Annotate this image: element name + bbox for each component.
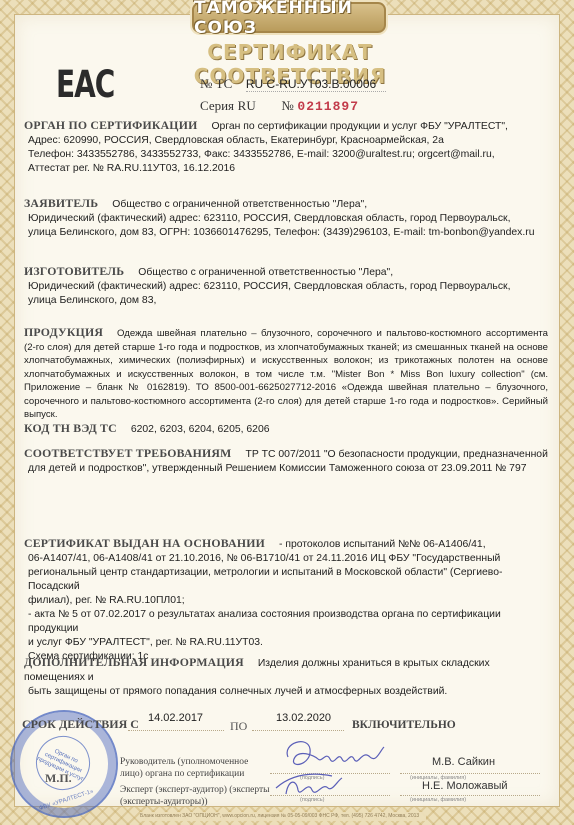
text-line: Общество с ограниченной ответственностью… (138, 267, 393, 278)
series-value: RU (238, 98, 256, 113)
text-line: Юридический (фактический) адрес: 623110,… (24, 212, 548, 226)
basis-section: СЕРТИФИКАТ ВЫДАН НА ОСНОВАНИИ- протоколо… (24, 536, 548, 664)
text-line: ТР ТС 007/2011 "О безопасности продукции… (245, 449, 547, 460)
section-heading: ИЗГОТОВИТЕЛЬ (24, 264, 124, 278)
dotted-line (400, 773, 540, 774)
text-line: Юридический (фактический) адрес: 623110,… (24, 280, 548, 294)
expert-signature-icon (272, 768, 352, 800)
blank-number-value: 0211897 (297, 99, 359, 114)
dotted-line (400, 795, 540, 796)
number-label: № ТС (200, 76, 232, 91)
head-role-label: Руководитель (уполномоченное лицо) орган… (120, 756, 260, 780)
name-hint: (инициалы, фамилия) (410, 797, 466, 803)
text-line: Общество с ограниченной ответственностью… (112, 199, 367, 210)
eac-logo-icon: ЕАС (56, 62, 114, 107)
tn-ved-codes: 6202, 6203, 6204, 6205, 6206 (131, 424, 270, 435)
requirements-section: СООТВЕТСТВУЕТ ТРЕБОВАНИЯМТР ТС 007/2011 … (24, 446, 548, 476)
text-line: региональный центр стандартизации, метро… (24, 566, 548, 594)
customs-union-banner: ТАМОЖЕННЫЙ СОЮЗ (192, 2, 386, 33)
certification-body-section: ОРГАН ПО СЕРТИФИКАЦИИОрган по сертификац… (24, 118, 548, 176)
dotted-line (128, 730, 224, 731)
text-line: Аттестат рег. № RA.RU.11УТ03, 16.12.2016 (24, 162, 548, 176)
text-line: улица Белинского, дом 83, (24, 294, 548, 308)
section-heading: ДОПОЛНИТЕЛЬНАЯ ИНФОРМАЦИЯ (24, 655, 244, 669)
section-heading: СЕРТИФИКАТ ВЫДАН НА ОСНОВАНИИ (24, 536, 265, 550)
mp-label: М.П. (45, 771, 72, 786)
text-line: улица Белинского, дом 83, ОГРН: 10366014… (24, 226, 548, 240)
section-heading: СООТВЕТСТВУЕТ ТРЕБОВАНИЯМ (24, 446, 231, 460)
valid-to-label: ПО (230, 719, 247, 734)
text-line: Адрес: 620990, РОССИЯ, Свердловская обла… (24, 134, 548, 148)
section-heading: ПРОДУКЦИЯ (24, 325, 103, 339)
blank-series: Серия RU № 0211897 (200, 98, 359, 114)
seal-center-text: Орган по сертификации продукции и услуг (27, 727, 99, 799)
product-description: Одежда швейная плательно – блузочного, с… (24, 328, 548, 420)
number-value: RU C-RU.УТ03.В.00006 (246, 77, 386, 92)
valid-to-date: 13.02.2020 (276, 712, 331, 724)
series-label: Серия (200, 98, 234, 113)
expert-name: Н.Е. Моложавый (422, 780, 508, 792)
text-line: 06-А1407/41, 06-А1408/41 от 21.10.2016, … (24, 552, 548, 566)
text-line: - акта № 5 от 07.02.2017 о результатах а… (24, 608, 548, 636)
applicant-section: ЗАЯВИТЕЛЬОбщество с ограниченной ответст… (24, 196, 548, 240)
text-line: Орган по сертификации продукции и услуг … (211, 121, 508, 132)
valid-from-date: 14.02.2017 (148, 712, 203, 724)
inclusive-label: ВКЛЮЧИТЕЛЬНО (352, 719, 456, 731)
section-heading: КОД ТН ВЭД ТС (24, 421, 117, 435)
text-line: филиал), рег. № RA.RU.10ПЛ01; (24, 594, 548, 608)
text-line: - протоколов испытаний №№ 06-А1406/41, (279, 539, 486, 550)
text-line: для детей и подростков", утвержденный Ре… (24, 462, 548, 476)
expert-role-label: Эксперт (эксперт-аудитор) (эксперты (экс… (120, 784, 270, 808)
additional-info-section: ДОПОЛНИТЕЛЬНАЯ ИНФОРМАЦИЯИзделия должны … (24, 655, 548, 699)
certificate-number: № ТС RU C-RU.УТ03.В.00006 (200, 76, 386, 92)
validity-label: СРОК ДЕЙСТВИЯ С (22, 717, 139, 732)
text-line: Телефон: 3433552786, 3433552733, Факс: 3… (24, 148, 548, 162)
product-section: ПРОДУКЦИЯОдежда швейная плательно – блуз… (24, 326, 548, 422)
head-name: М.В. Сайкин (432, 756, 495, 768)
section-heading: ЗАЯВИТЕЛЬ (24, 196, 98, 210)
blank-number-label: № (281, 98, 293, 113)
dotted-line (252, 730, 344, 731)
printer-info: Бланк изготовлен ЗАО "ОПЦИОН", www.opcio… (140, 812, 426, 821)
text-line: быть защищены от прямого попадания солне… (24, 685, 548, 699)
tn-ved-section: КОД ТН ВЭД ТС6202, 6203, 6204, 6205, 620… (24, 421, 548, 437)
manufacturer-section: ИЗГОТОВИТЕЛЬОбщество с ограниченной отве… (24, 264, 548, 308)
section-heading: ОРГАН ПО СЕРТИФИКАЦИИ (24, 118, 197, 132)
text-line: и услуг ФБУ "УРАЛТЕСТ", рег. № RA.RU.11У… (24, 636, 548, 650)
